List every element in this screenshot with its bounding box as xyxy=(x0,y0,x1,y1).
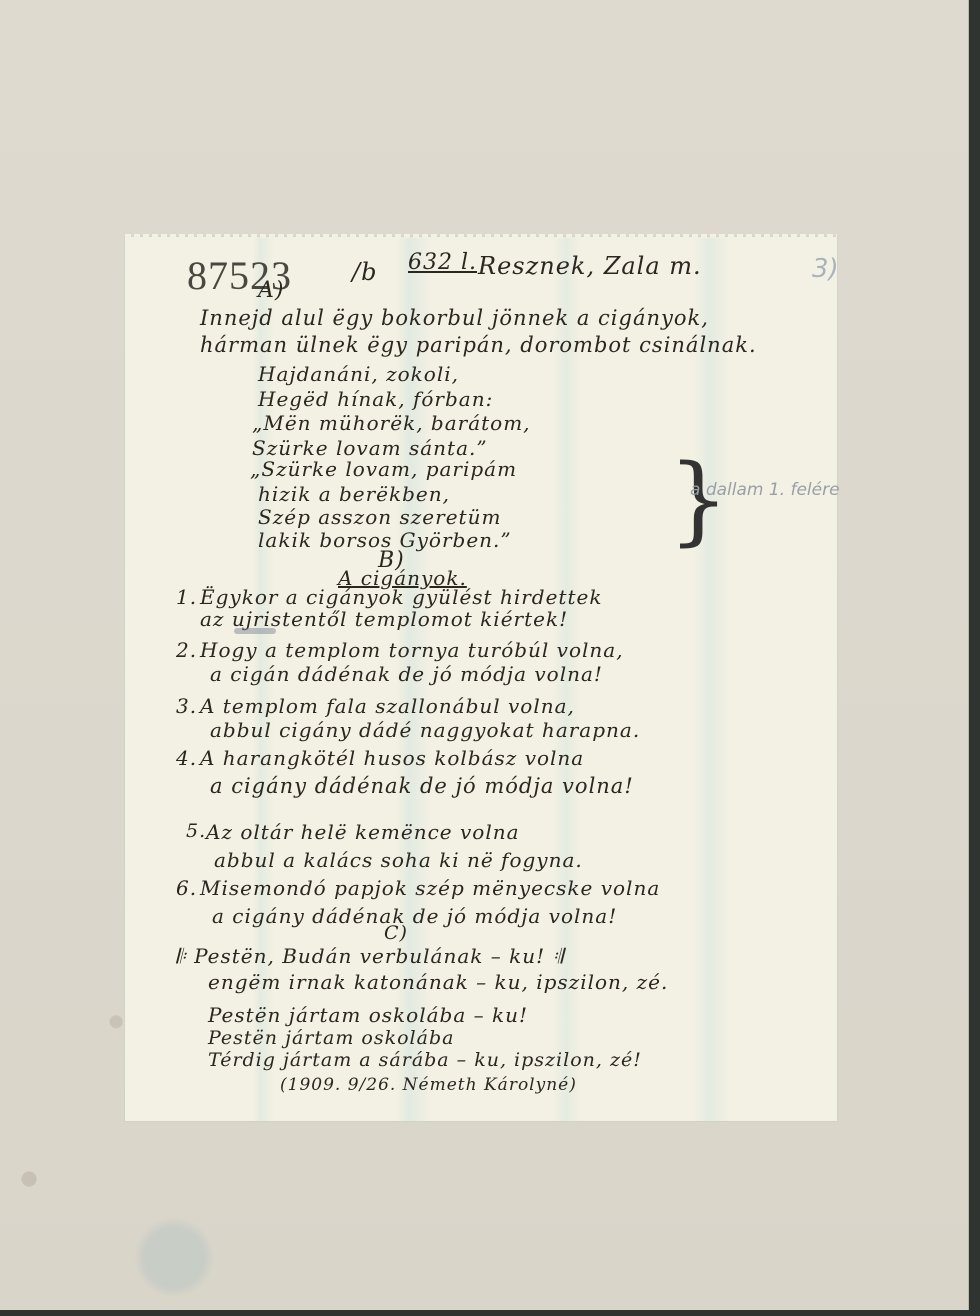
verse-line: a cigán dádénak de jó módja volna! xyxy=(210,662,603,686)
text-line: hárman ülnek ëgy paripán, dorombot csiná… xyxy=(200,333,757,357)
verse-line: Hogy a templom tornya turóbúl volna, xyxy=(200,638,624,662)
page-reference: 632 l. xyxy=(408,250,477,275)
text-line: Innejd alul ëgy bokorbul jönnek a cigány… xyxy=(200,306,709,330)
text-line: Hajdanáni, zokoli, xyxy=(258,362,459,386)
verse-line: A harangkötél husos kolbász volna xyxy=(200,746,584,770)
verse-number: 3. xyxy=(176,694,197,718)
text-line: „Mën mühorëk, barátom, xyxy=(252,411,531,435)
text-line: engëm irnak katonának – ku, ipszilon, zé… xyxy=(208,970,668,994)
text-line: Pestën jártam oskolába – ku! xyxy=(208,1003,528,1027)
verse-number: 2. xyxy=(176,638,197,662)
verse-line: abbul cigány dádé naggyokat harapna. xyxy=(210,718,640,742)
verse-line: a cigány dádénak de jó módja volna! xyxy=(212,904,617,928)
signature-date: (1909. 9/26. Németh Károlyné) xyxy=(280,1075,577,1095)
text-line: Hegëd hínak, fórban: xyxy=(258,387,493,411)
pencil-mark xyxy=(234,628,276,634)
verse-line: A templom fala szallonábul volna, xyxy=(200,694,575,718)
brace-mark: } xyxy=(668,452,729,548)
verse-number: 5. xyxy=(186,820,206,842)
verse-line: a cigány dádénak de jó módja volna! xyxy=(210,774,634,798)
verse-number: 1. xyxy=(176,585,197,609)
text-line: 𝄆 Pestën, Budán verbulának – ku! 𝄇 xyxy=(176,944,563,968)
verse-line: Misemondó papjok szép mënyecske volna xyxy=(200,876,660,900)
text-line: Szép asszon szeretüm xyxy=(258,505,501,529)
verse-line: abbul a kalács soha ki në fogyna. xyxy=(214,848,583,872)
text-line: hizik a berëkben, xyxy=(258,482,450,506)
text-line: „Szürke lovam, paripám xyxy=(250,457,517,481)
verse-number: 4. xyxy=(176,746,197,770)
section-c-label: C) xyxy=(384,922,408,944)
text-line: Térdig jártam a sárába – ku, ipszilon, z… xyxy=(208,1049,642,1071)
section-a-label: A) xyxy=(258,278,284,303)
stamp-suffix: /b xyxy=(352,258,377,286)
verse-line: Az oltár helë kemënce volna xyxy=(206,820,520,844)
verse-number: 6. xyxy=(176,876,197,900)
verse-line: Ëgykor a cigányok gyülést hirdettek xyxy=(200,585,602,609)
page-mark: 3) xyxy=(812,254,839,284)
margin-note: a dallam 1. felére xyxy=(690,480,840,500)
text-line: Pestën jártam oskolába xyxy=(208,1027,454,1049)
collection-place: Resznek, Zala m. xyxy=(478,252,702,280)
